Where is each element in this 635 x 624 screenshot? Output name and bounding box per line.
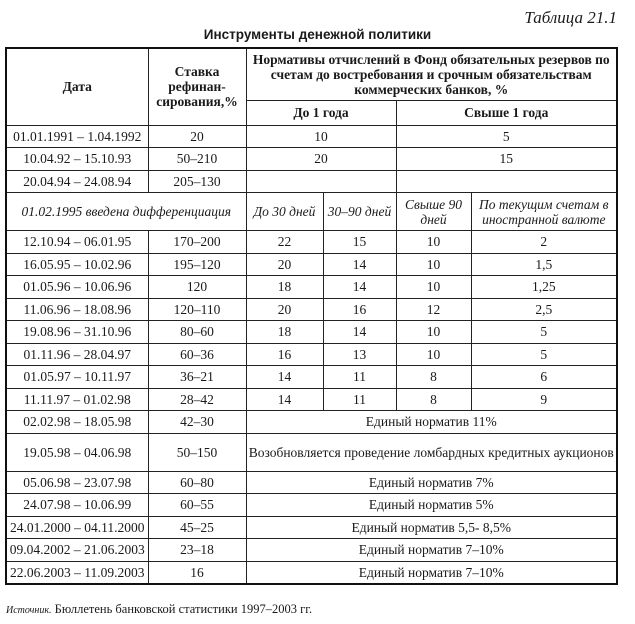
rate-cell: 36–21 — [148, 366, 246, 389]
rate-cell: 16 — [148, 561, 246, 584]
rate-cell: 23–18 — [148, 539, 246, 562]
30-90-days-cell: 13 — [323, 343, 396, 366]
table-row: 24.07.98 – 10.06.9960–55Единый норматив … — [6, 494, 617, 517]
up-to-1y-cell: 10 — [246, 125, 396, 148]
30-90-days-cell: 11 — [323, 388, 396, 411]
unified-norm-cell: Единый норматив 5,5- 8,5% — [246, 516, 617, 539]
header-up-to-30-days: До 30 дней — [246, 193, 323, 231]
rate-cell: 60–36 — [148, 343, 246, 366]
header-over-90-days: Свыше 90 дней — [396, 193, 471, 231]
table-row: 12.10.94 – 06.01.95170–2002215102 — [6, 231, 617, 254]
table-row: 01.11.96 – 28.04.9760–361613105 — [6, 343, 617, 366]
table-row: 24.01.2000 – 04.11.200045–25Единый норма… — [6, 516, 617, 539]
table-row: 01.05.96 – 10.06.961201814101,25 — [6, 276, 617, 299]
date-cell: 10.04.92 – 15.10.93 — [6, 148, 148, 171]
date-cell: 24.07.98 – 10.06.99 — [6, 494, 148, 517]
rate-cell: 20 — [148, 125, 246, 148]
table-row: 02.02.98 – 18.05.9842–30Единый норматив … — [6, 411, 617, 434]
header-date: Дата — [6, 48, 148, 125]
table-row: 09.04.2002 – 21.06.200323–18Единый норма… — [6, 539, 617, 562]
header-reserves: Нормативы отчислений в Фонд обязательных… — [246, 48, 617, 100]
30-90-days-cell: 15 — [323, 231, 396, 254]
rate-cell: 45–25 — [148, 516, 246, 539]
over-90-days-cell: 12 — [396, 298, 471, 321]
table-row: 22.06.2003 – 11.09.200316Единый норматив… — [6, 561, 617, 584]
rate-cell: 50–210 — [148, 148, 246, 171]
table-row: 10.04.92 – 15.10.9350–2102015 — [6, 148, 617, 171]
date-cell: 19.08.96 – 31.10.96 — [6, 321, 148, 344]
date-cell: 01.01.1991 – 1.04.1992 — [6, 125, 148, 148]
rate-cell: 205–130 — [148, 170, 246, 193]
unified-norm-cell: Единый норматив 7% — [246, 471, 617, 494]
table-row: 05.06.98 – 23.07.9860–80Единый норматив … — [6, 471, 617, 494]
30-90-days-cell: 14 — [323, 253, 396, 276]
over-90-days-cell: 10 — [396, 231, 471, 254]
30-90-days-cell: 14 — [323, 276, 396, 299]
over-90-days-cell: 10 — [396, 321, 471, 344]
source-text: Бюллетень банковской статистики 1997–200… — [52, 602, 313, 616]
up-to-1y-cell — [246, 170, 396, 193]
rate-cell: 50–150 — [148, 433, 246, 471]
rate-cell: 120 — [148, 276, 246, 299]
table-title: Инструменты денежной политики — [0, 27, 635, 42]
rate-cell: 170–200 — [148, 231, 246, 254]
table-row: 19.08.96 – 31.10.9680–601814105 — [6, 321, 617, 344]
date-cell: 24.01.2000 – 04.11.2000 — [6, 516, 148, 539]
up-to-30-days-cell: 14 — [246, 388, 323, 411]
differentiation-header-row: 01.02.1995 введена дифференциацияДо 30 д… — [6, 193, 617, 231]
foreign-currency-cell: 9 — [471, 388, 617, 411]
rate-cell: 80–60 — [148, 321, 246, 344]
rate-cell: 28–42 — [148, 388, 246, 411]
foreign-currency-cell: 6 — [471, 366, 617, 389]
date-cell: 01.05.97 – 10.11.97 — [6, 366, 148, 389]
over-1y-cell — [396, 170, 617, 193]
differentiation-note: 01.02.1995 введена дифференциация — [6, 193, 246, 231]
foreign-currency-cell: 2,5 — [471, 298, 617, 321]
foreign-currency-cell: 1,5 — [471, 253, 617, 276]
up-to-30-days-cell: 14 — [246, 366, 323, 389]
foreign-currency-cell: 5 — [471, 321, 617, 344]
date-cell: 11.06.96 – 18.08.96 — [6, 298, 148, 321]
date-cell: 05.06.98 – 23.07.98 — [6, 471, 148, 494]
up-to-30-days-cell: 16 — [246, 343, 323, 366]
date-cell: 22.06.2003 – 11.09.2003 — [6, 561, 148, 584]
table-number: Таблица 21.1 — [524, 8, 617, 28]
over-90-days-cell: 10 — [396, 276, 471, 299]
foreign-currency-cell: 1,25 — [471, 276, 617, 299]
up-to-1y-cell: 20 — [246, 148, 396, 171]
unified-norm-cell: Единый норматив 7–10% — [246, 561, 617, 584]
header-rate: Ставка рефинан-сирования,% — [148, 48, 246, 125]
rate-cell: 195–120 — [148, 253, 246, 276]
date-cell: 11.11.97 – 01.02.98 — [6, 388, 148, 411]
date-cell: 20.04.94 – 24.08.94 — [6, 170, 148, 193]
foreign-currency-cell: 5 — [471, 343, 617, 366]
30-90-days-cell: 14 — [323, 321, 396, 344]
table-row: 01.01.1991 – 1.04.199220105 — [6, 125, 617, 148]
table-row: 19.05.98 – 04.06.9850–150Возобновляется … — [6, 433, 617, 471]
rate-cell: 120–110 — [148, 298, 246, 321]
over-1y-cell: 15 — [396, 148, 617, 171]
up-to-30-days-cell: 18 — [246, 276, 323, 299]
over-90-days-cell: 10 — [396, 253, 471, 276]
over-90-days-cell: 10 — [396, 343, 471, 366]
up-to-30-days-cell: 20 — [246, 253, 323, 276]
unified-norm-cell: Возобновляется проведение ломбардных кре… — [246, 433, 617, 471]
unified-norm-cell: Единый норматив 7–10% — [246, 539, 617, 562]
header-foreign-currency: По текущим счетам в иностранной валюте — [471, 193, 617, 231]
date-cell: 12.10.94 – 06.01.95 — [6, 231, 148, 254]
30-90-days-cell: 16 — [323, 298, 396, 321]
up-to-30-days-cell: 22 — [246, 231, 323, 254]
over-90-days-cell: 8 — [396, 388, 471, 411]
30-90-days-cell: 11 — [323, 366, 396, 389]
up-to-30-days-cell: 20 — [246, 298, 323, 321]
unified-norm-cell: Единый норматив 11% — [246, 411, 617, 434]
table-row: 11.11.97 – 01.02.9828–42141189 — [6, 388, 617, 411]
date-cell: 01.11.96 – 28.04.97 — [6, 343, 148, 366]
date-cell: 01.05.96 – 10.06.96 — [6, 276, 148, 299]
foreign-currency-cell: 2 — [471, 231, 617, 254]
over-1y-cell: 5 — [396, 125, 617, 148]
header-up-to-1y: До 1 года — [246, 100, 396, 125]
source-label: Источник. — [6, 605, 52, 616]
source-note: Источник. Бюллетень банковской статистик… — [6, 602, 312, 617]
date-cell: 02.02.98 – 18.05.98 — [6, 411, 148, 434]
up-to-30-days-cell: 18 — [246, 321, 323, 344]
table-row: 11.06.96 – 18.08.96120–1102016122,5 — [6, 298, 617, 321]
date-cell: 09.04.2002 – 21.06.2003 — [6, 539, 148, 562]
table-row: 01.05.97 – 10.11.9736–21141186 — [6, 366, 617, 389]
rate-cell: 42–30 — [148, 411, 246, 434]
table-row: 20.04.94 – 24.08.94205–130 — [6, 170, 617, 193]
over-90-days-cell: 8 — [396, 366, 471, 389]
monetary-policy-table: Дата Ставка рефинан-сирования,% Норматив… — [5, 47, 618, 585]
rate-cell: 60–80 — [148, 471, 246, 494]
rate-cell: 60–55 — [148, 494, 246, 517]
header-30-90-days: 30–90 дней — [323, 193, 396, 231]
date-cell: 19.05.98 – 04.06.98 — [6, 433, 148, 471]
date-cell: 16.05.95 – 10.02.96 — [6, 253, 148, 276]
unified-norm-cell: Единый норматив 5% — [246, 494, 617, 517]
header-over-1y: Свыше 1 года — [396, 100, 617, 125]
table-row: 16.05.95 – 10.02.96195–1202014101,5 — [6, 253, 617, 276]
